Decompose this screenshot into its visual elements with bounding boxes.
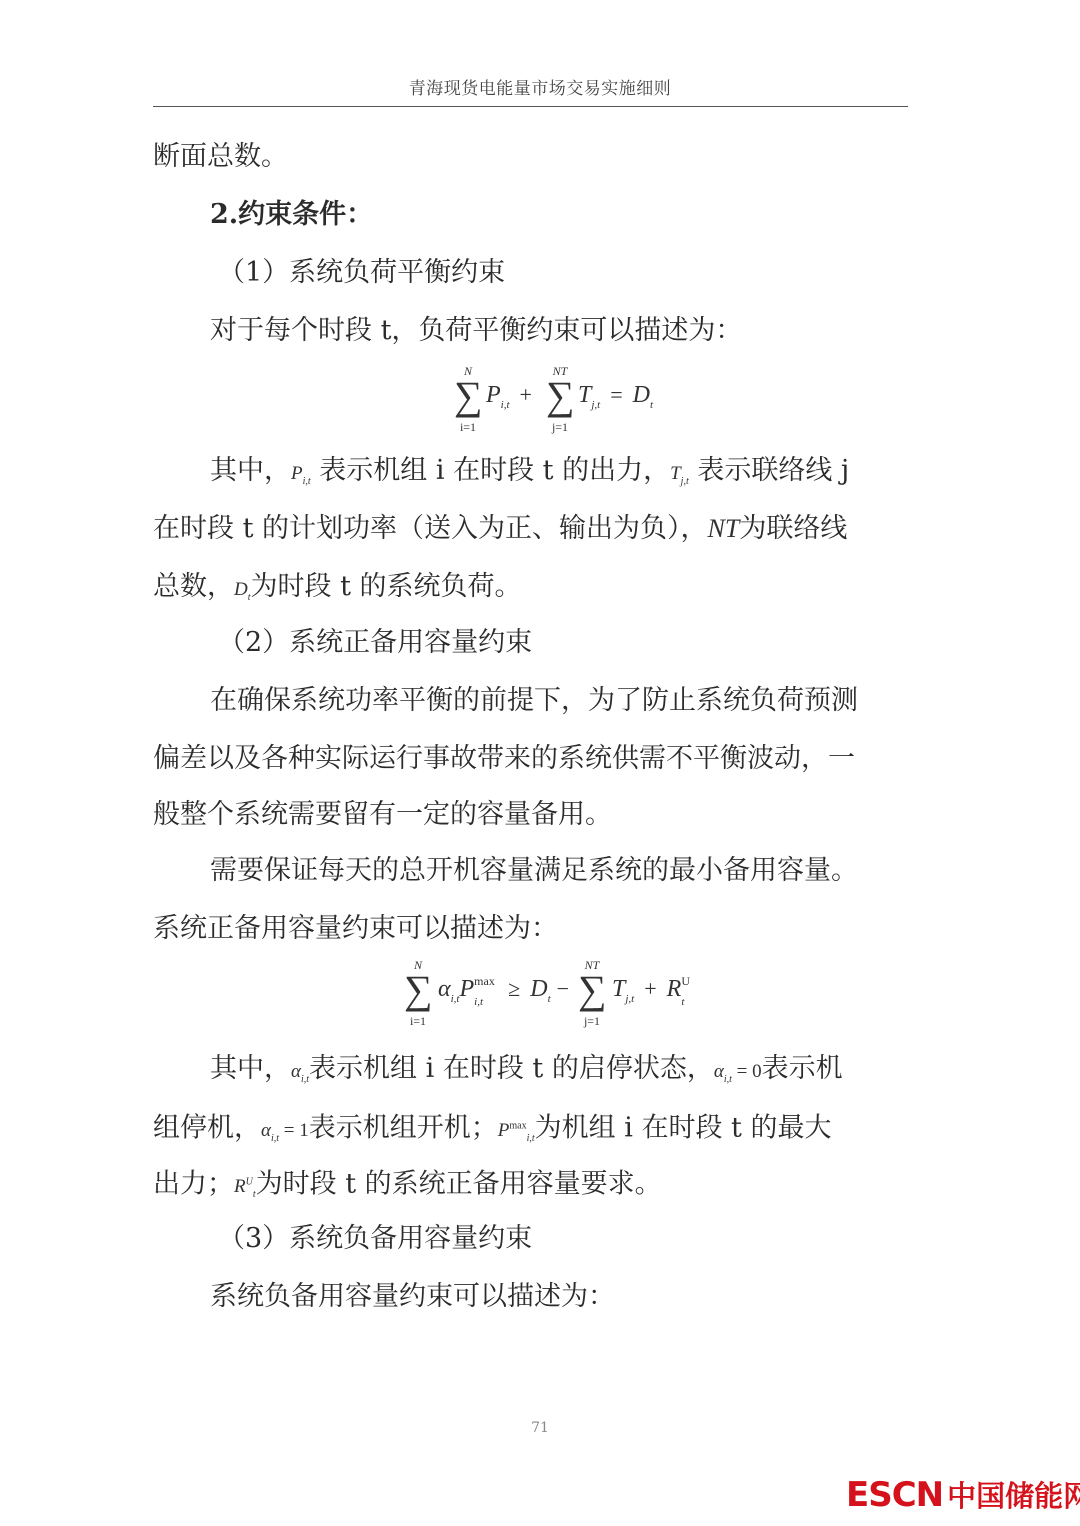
- section-heading: 2.约束条件：: [210, 198, 373, 232]
- explanation-1-line-1: 其中，Pi,t 表示机组 i 在时段 t 的出力，Tj,t 表示联络线 j: [210, 454, 849, 499]
- subsection-3-intro: 系统负备用容量约束可以描述为：: [210, 1280, 615, 1314]
- subsection-3-heading: （3）系统负备用容量约束: [218, 1222, 532, 1256]
- para-line: 般整个系统需要留有一定的容量备用。: [153, 798, 612, 832]
- para-line: 偏差以及各种实际运行事故带来的系统供需不平衡波动，一: [153, 742, 855, 776]
- sum1-lower: i=1: [448, 420, 488, 435]
- sigma-icon: ∑: [454, 376, 483, 416]
- header-divider: [153, 106, 908, 107]
- sigma-icon: ∑: [404, 970, 433, 1010]
- watermark-zh: 中国储能网: [947, 1479, 1080, 1513]
- sigma-icon: ∑: [546, 376, 575, 416]
- para-line: 系统正备用容量约束可以描述为：: [153, 912, 558, 946]
- explanation-2-line-1: 其中，αi,t表示机组 i 在时段 t 的启停状态，αi,t = 0表示机: [210, 1052, 843, 1097]
- formula-positive-reserve: N ∑ i=1 αi,tPmaxi,t ≥ Dt − NT ∑ j=1 Tj,t…: [398, 958, 718, 1032]
- escn-watermark-logo: ESCN中国储能网: [846, 1474, 1080, 1515]
- subsection-1-heading: （1）系统负荷平衡约束: [218, 256, 505, 290]
- sum2-lower: j=1: [540, 420, 580, 435]
- subsection-1-intro: 对于每个时段 t，负荷平衡约束可以描述为：: [210, 314, 742, 348]
- sigma-icon: ∑: [578, 970, 607, 1010]
- watermark-en: ESCN: [846, 1475, 943, 1515]
- page-number: 71: [0, 1420, 1080, 1436]
- explanation-2-line-3: 出力；RUt为时段 t 的系统正备用容量要求。: [153, 1166, 662, 1212]
- subsection-2-heading: （2）系统正备用容量约束: [218, 626, 532, 660]
- para-line: 需要保证每天的总开机容量满足系统的最小备用容量。: [210, 854, 858, 888]
- explanation-1-line-3: 总数，Dt为时段 t 的系统负荷。: [153, 570, 522, 615]
- continued-text: 断面总数。: [153, 140, 288, 174]
- para-line: 在确保系统功率平衡的前提下，为了防止系统负荷预测: [210, 684, 858, 718]
- page-header-title: 青海现货电能量市场交易实施细则: [0, 74, 1080, 99]
- explanation-1-line-2: 在时段 t 的计划功率（送入为正、输出为负），NT为联络线: [153, 512, 847, 546]
- explanation-2-line-2: 组停机，αi,t = 1表示机组开机；Pmaxi,t为机组 i 在时段 t 的最…: [153, 1110, 831, 1156]
- formula-load-balance: N ∑ i=1 Pi,t + NT ∑ j=1 Tj,t = Dt: [448, 364, 668, 438]
